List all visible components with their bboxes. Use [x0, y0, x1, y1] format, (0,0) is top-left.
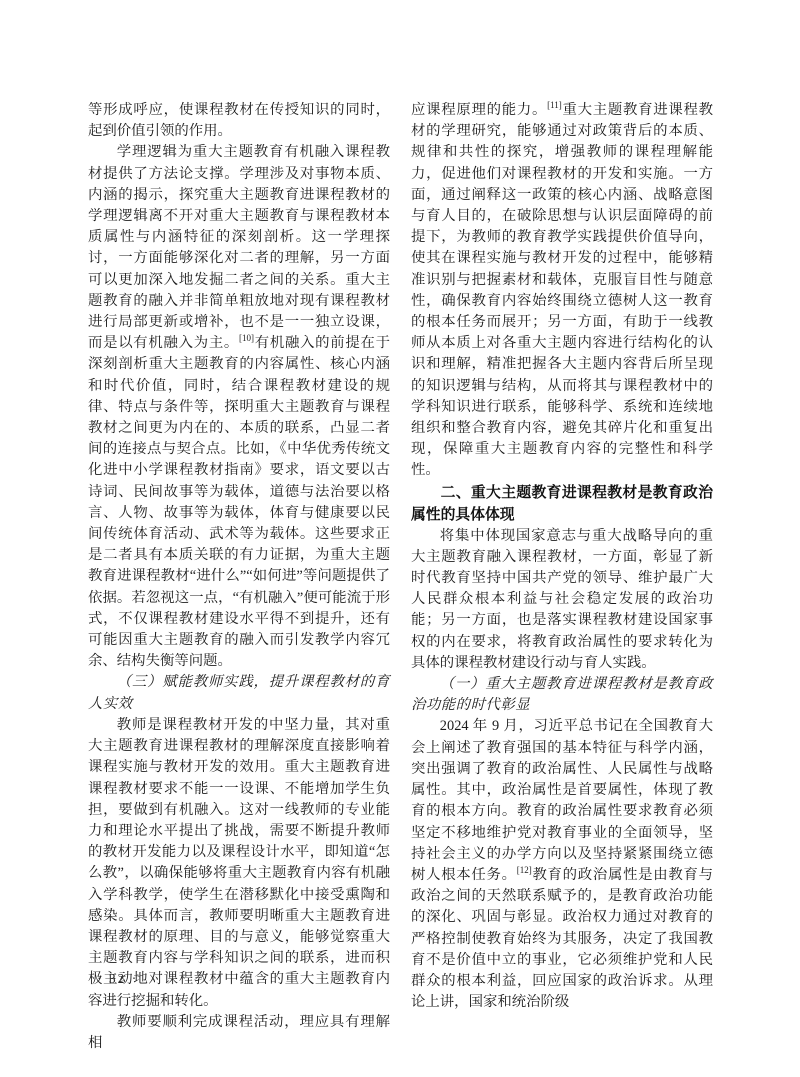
citation-reference: [10]: [239, 333, 254, 343]
body-paragraph: 教师要顺利完成课程活动，理应具有理解相: [88, 1012, 390, 1054]
body-paragraph: 应课程原理的能力。[11]重大主题教育进课程教材的学理研究，能够通过对政策背后的…: [411, 100, 713, 482]
body-paragraph: 学理逻辑为重大主题教育有机融入课程教材提供了方法论支撑。学理涉及对事物本质、内涵…: [88, 142, 390, 672]
right-column: 应课程原理的能力。[11]重大主题教育进课程教材的学理研究，能够通过对政策背后的…: [411, 100, 713, 1054]
body-paragraph: 教师是课程教材开发的中坚力量，其对重大主题教育进课程教材的理解深度直接影响着课程…: [88, 715, 390, 1012]
body-paragraph: 等形成呼应，使课程教材在传授知识的同时，起到价值引领的作用。: [88, 100, 390, 142]
page-number: · 32 ·: [97, 971, 138, 987]
left-column: 等形成呼应，使课程教材在传授知识的同时，起到价值引领的作用。学理逻辑为重大主题教…: [88, 100, 390, 1054]
document-page: 等形成呼应，使课程教材在传授知识的同时，起到价值引领的作用。学理逻辑为重大主题教…: [0, 0, 800, 1077]
two-column-text-area: 等形成呼应，使课程教材在传授知识的同时，起到价值引领的作用。学理逻辑为重大主题教…: [88, 100, 713, 1054]
subsection-heading: （三）赋能教师实践，提升课程教材的育人实效: [88, 672, 390, 714]
body-paragraph: 将集中体现国家意志与重大战略导向的重大主题教育融入课程教材，一方面，彰显了新时代…: [411, 526, 713, 674]
body-paragraph: 2024 年 9 月，习近平总书记在全国教育大会上阐述了教育强国的基本特征与科学…: [411, 716, 713, 1013]
citation-reference: [12]: [517, 865, 532, 875]
subsection-heading: （一）重大主题教育进课程教材是教育政治功能的时代彰显: [411, 674, 713, 716]
section-heading: 二、重大主题教育进课程教材是教育政治属性的具体体现: [411, 482, 713, 526]
citation-reference: [11]: [547, 100, 562, 110]
